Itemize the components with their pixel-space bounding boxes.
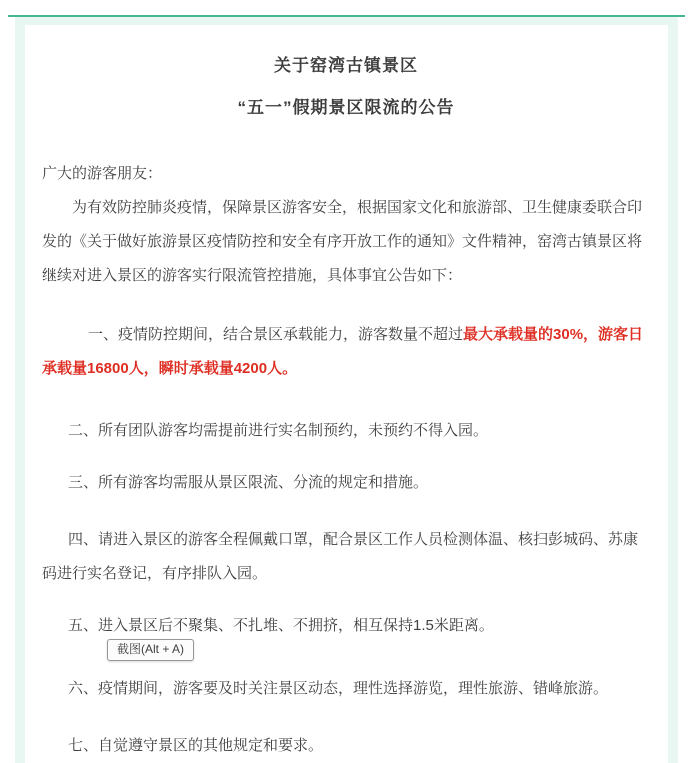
salutation-text: 广大的游客朋友： xyxy=(42,157,650,191)
clause-7: 七、自觉遵守景区的其他规定和要求。 xyxy=(42,729,650,763)
clause-3: 三、所有游客均需服从景区限流、分流的规定和措施。 xyxy=(42,466,650,500)
clause-1-prefix: 一、疫情防控期间，结合景区承载能力，游客数量不超过 xyxy=(88,326,463,343)
screenshot-hotkey-tooltip: 截图(Alt + A) xyxy=(107,639,194,661)
intro-paragraph: 为有效防控肺炎疫情，保障景区游客安全，根据国家文化和旅游部、卫生健康委联合印发的… xyxy=(42,191,650,293)
clause-4: 四、请进入景区的游客全程佩戴口罩，配合景区工作人员检测体温、核扫彭城码、苏康码进… xyxy=(42,523,650,591)
clause-1: 一、疫情防控期间，结合景区承载能力，游客数量不超过最大承载量的30%，游客日承载… xyxy=(42,318,650,386)
clause-5: 五、进入景区后不聚集、不扎堆、不拥挤，相互保持1.5米距离。 xyxy=(42,609,650,643)
clause-6: 六、疫情期间，游客要及时关注景区动态，理性选择游览，理性旅游、错峰旅游。 xyxy=(42,672,650,706)
clause-2: 二、所有团队游客均需提前进行实名制预约，未预约不得入园。 xyxy=(42,414,650,448)
announcement-page: { "colors": { "accent_line": "#45b794", … xyxy=(0,0,693,763)
announcement-title-line1: 关于窑湾古镇景区 xyxy=(42,51,650,81)
announcement-title-line2: “五一”假期景区限流的公告 xyxy=(42,93,650,123)
